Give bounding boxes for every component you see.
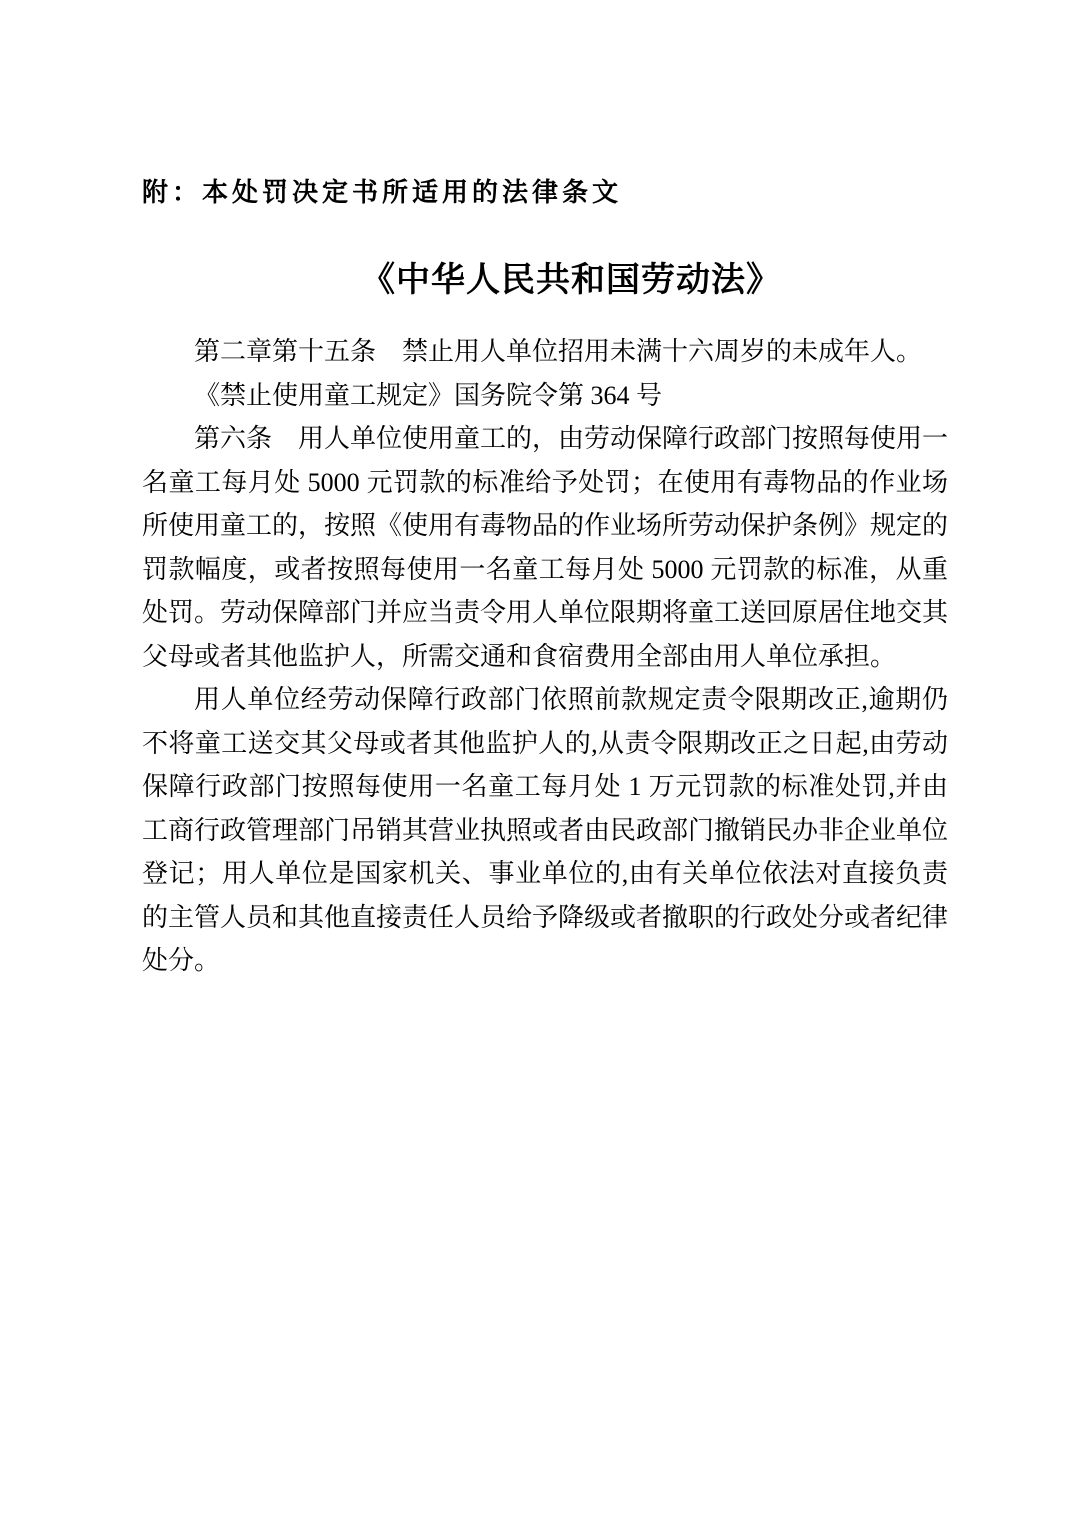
paragraph-article6-clause1: 第六条 用人单位使用童工的，由劳动保障行政部门按照每使用一名童工每月处 5000… <box>142 417 948 678</box>
law-title: 《中华人民共和国劳动法》 <box>0 252 1074 301</box>
paragraph-article6-clause2: 用人单位经劳动保障行政部门依照前款规定责令限期改正,逾期仍不将童工送交其父母或者… <box>142 678 948 983</box>
document-page: 附：本处罚决定书所适用的法律条文 《中华人民共和国劳动法》 第二章第十五条 禁止… <box>0 0 1074 1520</box>
document-body: 第二章第十五条 禁止用人单位招用未满十六周岁的未成年人。 《禁止使用童工规定》国… <box>142 330 948 983</box>
paragraph-regulation-decree: 《禁止使用童工规定》国务院令第 364 号 <box>142 374 948 418</box>
attachment-heading: 附：本处罚决定书所适用的法律条文 <box>142 172 622 209</box>
paragraph-chapter2-article15: 第二章第十五条 禁止用人单位招用未满十六周岁的未成年人。 <box>142 330 948 374</box>
